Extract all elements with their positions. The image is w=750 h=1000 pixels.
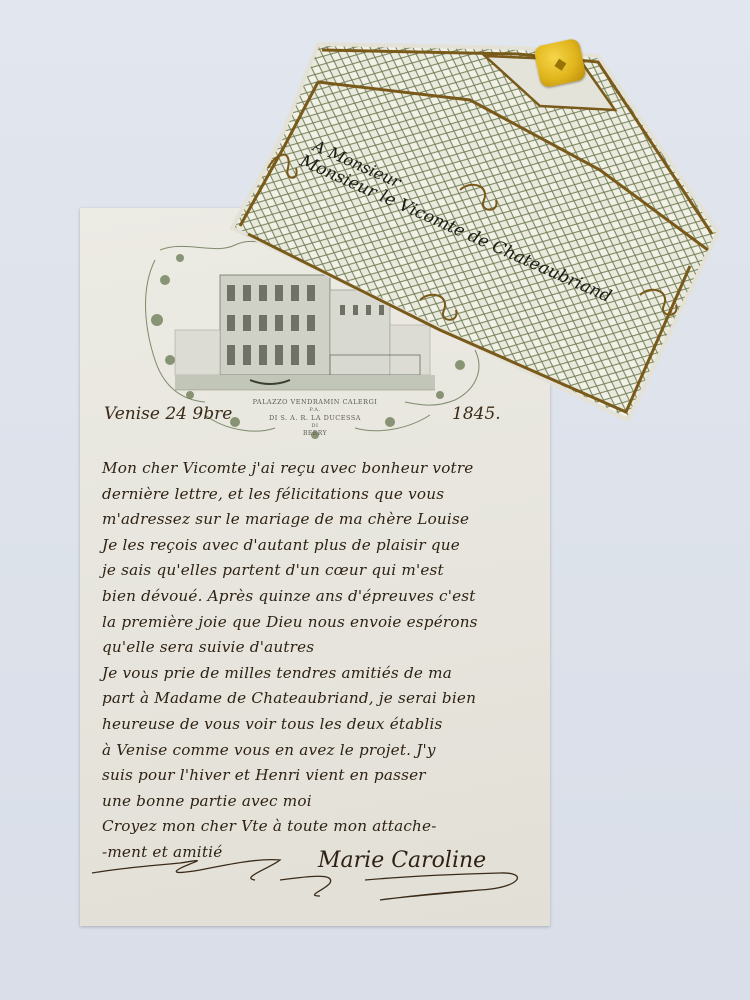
letter-line: m'adressez sur le mariage de ma chère Lo… [102,507,542,533]
dateline-place-date: Venise 24 9bre [104,404,232,424]
letter-line: bien dévoué. Après quinze ans d'épreuves… [102,584,542,610]
letter-line: je sais qu'elles partent d'un cœur qui m… [102,558,542,584]
letter-line: Je les reçois avec d'autant plus de plai… [102,533,542,559]
letter-line: une bonne partie avec moi [102,789,542,815]
letter-line: part à Madame de Chateaubriand, je serai… [102,686,542,712]
letter-line: la première joie que Dieu nous envoie es… [102,610,542,636]
dateline-year: 1845. [452,404,501,424]
letter-line: suis pour l'hiver et Henri vient en pass… [102,763,542,789]
letter-sheet: PALAZZO VENDRAMIN CALERGI P.A. DI S. A. … [80,208,550,926]
letter-line: Je vous prie de milles tendres amitiés d… [102,661,542,687]
letter-line: Mon cher Vicomte j'ai reçu avec bonheur … [102,456,542,482]
letter-line: qu'elle sera suivie d'autres [102,635,542,661]
letter-line: heureuse de vous voir tous les deux étab… [102,712,542,738]
signature-flourish [80,828,550,918]
signature: Marie Caroline [318,848,486,873]
gold-wax-seal: ◆ [533,38,587,89]
letter-line: dernière lettre, et les félicitations qu… [102,482,542,508]
letter-body: Mon cher Vicomte j'ai reçu avec bonheur … [102,456,542,866]
letter-line: à Venise comme vous en avez le projet. J… [102,738,542,764]
